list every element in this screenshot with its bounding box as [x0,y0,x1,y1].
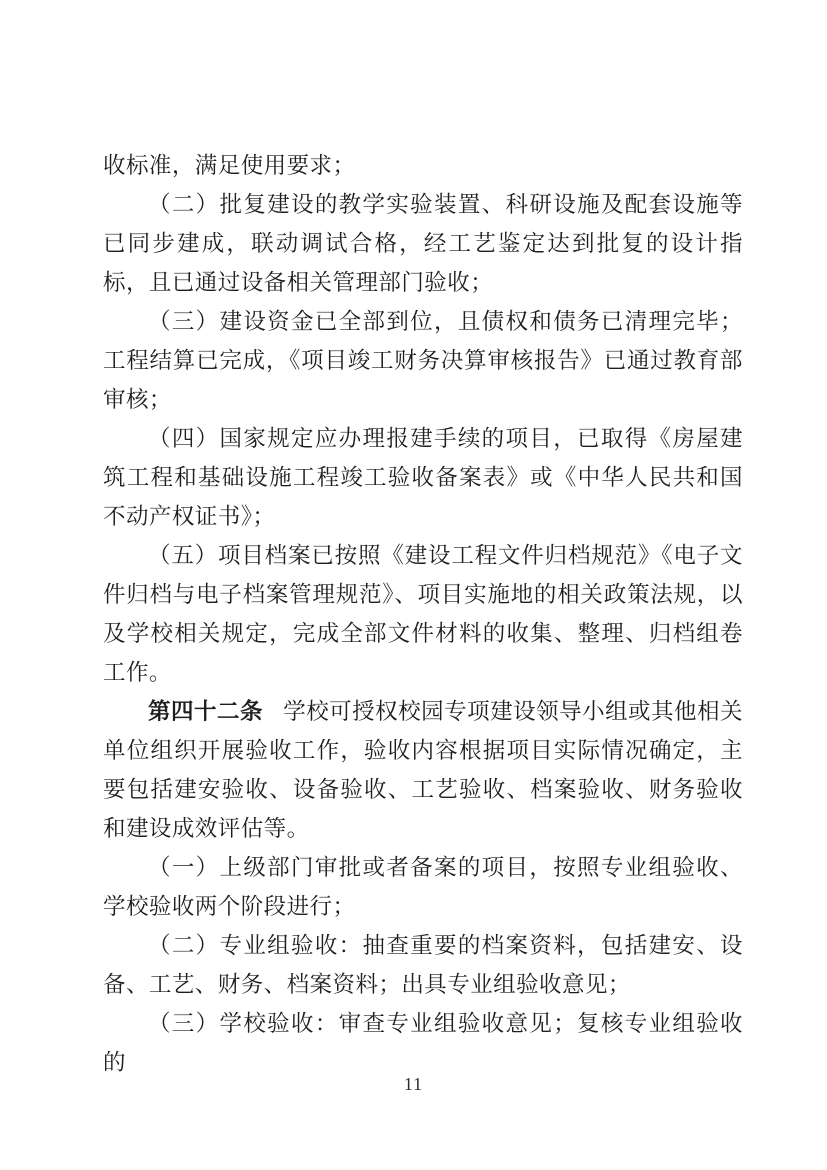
paragraph-continuation: 收标准，满足使用要求； [103,146,743,185]
paragraph-text: （二）批复建设的教学实验装置、科研设施及配套设施等已同步建成，联动调试合格，经工… [103,192,743,295]
article-number-bold: 第四十二条 [148,699,263,724]
paragraph-item-4: （四）国家规定应办理报建手续的项目，已取得《房屋建筑工程和基础设施工程竣工验收备… [103,419,743,536]
document-body: 收标准，满足使用要求； （二）批复建设的教学实验装置、科研设施及配套设施等已同步… [103,146,743,1082]
paragraph-text: （一）上级部门审批或者备案的项目，按照专业组验收、学校验收两个阶段进行； [103,855,743,919]
paragraph-text: （五）项目档案已按照《建设工程文件归档规范》《电子文件归档与电子档案管理规范》、… [103,543,743,685]
paragraph-text: （四）国家规定应办理报建手续的项目，已取得《房屋建筑工程和基础设施工程竣工验收备… [103,426,743,529]
paragraph-text: （三）学校验收：审查专业组验收意见；复核专业组验收的 [103,1011,743,1075]
paragraph-text: （二）专业组验收：抽查重要的档案资料，包括建安、设备、工艺、财务、档案资料；出具… [103,933,743,997]
paragraph-text: （三）建设资金已全部到位，且债权和债务已清理完毕；工程结算已完成，《项目竣工财务… [103,309,743,412]
paragraph-article-42: 第四十二条学校可授权校园专项建设领导小组或其他相关单位组织开展验收工作，验收内容… [103,692,743,848]
paragraph-item-5: （五）项目档案已按照《建设工程文件归档规范》《电子文件归档与电子档案管理规范》、… [103,536,743,692]
paragraph-item-1-stage: （一）上级部门审批或者备案的项目，按照专业组验收、学校验收两个阶段进行； [103,848,743,926]
paragraph-item-2-stage: （二）专业组验收：抽查重要的档案资料，包括建安、设备、工艺、财务、档案资料；出具… [103,926,743,1004]
paragraph-item-2: （二）批复建设的教学实验装置、科研设施及配套设施等已同步建成，联动调试合格，经工… [103,185,743,302]
paragraph-text: 收标准，满足使用要求； [103,153,355,178]
paragraph-item-3-stage: （三）学校验收：审查专业组验收意见；复核专业组验收的 [103,1004,743,1082]
document-page: 收标准，满足使用要求； （二）批复建设的教学实验装置、科研设施及配套设施等已同步… [0,0,827,1170]
page-number: 11 [0,1072,827,1096]
paragraph-item-3: （三）建设资金已全部到位，且债权和债务已清理完毕；工程结算已完成，《项目竣工财务… [103,302,743,419]
